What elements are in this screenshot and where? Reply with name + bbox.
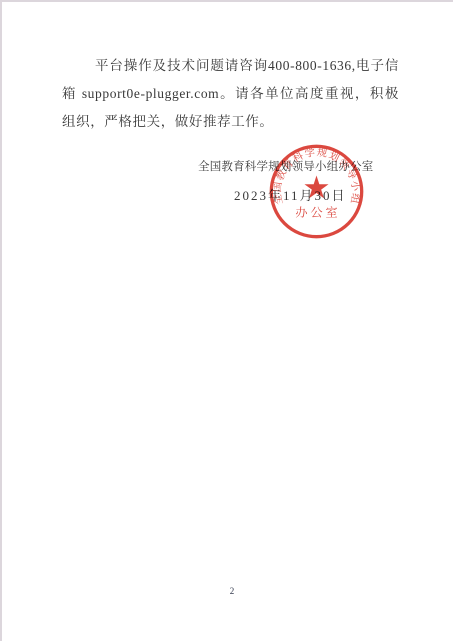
document-page: 平台操作及技术问题请咨询400-800-1636,电子信 箱 support0e… xyxy=(0,0,453,641)
paragraph-line: 组织，严格把关，做好推荐工作。 xyxy=(62,108,399,136)
issue-date: 2023年11月30日 xyxy=(234,185,347,204)
paragraph-line: 箱 support0e-plugger.com。请各单位高度重视，积极 xyxy=(62,80,399,108)
seal-bottom-text: 办公室 xyxy=(295,205,340,220)
page-number: 2 xyxy=(223,586,241,596)
paragraph-line: 平台操作及技术问题请咨询400-800-1636,电子信 xyxy=(62,52,399,80)
issuer-signature: 全国教育科学规划领导小组办公室 xyxy=(198,158,374,174)
notice-paragraph: 平台操作及技术问题请咨询400-800-1636,电子信 箱 support0e… xyxy=(62,52,399,136)
